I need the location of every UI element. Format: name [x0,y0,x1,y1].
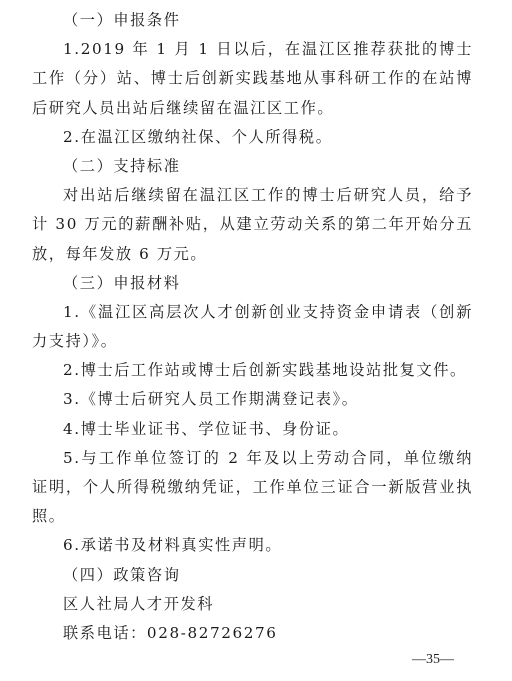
page-number: —35— [412,652,454,668]
document-page: （一）申报条件 1.2019 年 1 月 1 日以后，在温江区推荐获批的博士后科… [32,6,473,648]
paragraph-line: 照。 [32,502,473,531]
section-heading-1: （一）申报条件 [32,6,473,35]
section-heading-3: （三）申报材料 [32,269,473,298]
section-heading-2: （二）支持标准 [32,152,473,181]
paragraph-line: 放，每年发放 6 万元。 [32,240,473,269]
paragraph-line: 6.承诺书及材料真实性声明。 [32,531,473,560]
paragraph-line: 2.在温江区缴纳社保、个人所得税。 [32,123,473,152]
paragraph-line: 1.《温江区高层次人才创新创业支持资金申请表（创新能 [32,298,473,327]
contact-phone: 联系电话：028-82726276 [32,619,473,648]
paragraph-line: 力支持）》。 [32,327,473,356]
paragraph-line: 对出站后继续留在温江区工作的博士后研究人员，给予总 [32,181,473,210]
paragraph-line: 4.博士毕业证书、学位证书、身份证。 [32,415,473,444]
paragraph-line: 后研究人员出站后继续留在温江区工作。 [32,94,473,123]
section-heading-4: （四）政策咨询 [32,561,473,590]
paragraph-line: 1.2019 年 1 月 1 日以后，在温江区推荐获批的博士后科研 [32,35,473,64]
paragraph-line: 证明，个人所得税缴纳凭证，工作单位三证合一新版营业执 [32,473,473,502]
contact-department: 区人社局人才开发科 [32,590,473,619]
paragraph-line: 工作（分）站、博士后创新实践基地从事科研工作的在站博士 [32,64,473,93]
paragraph-line: 5.与工作单位签订的 2 年及以上劳动合同，单位缴纳社保 [32,444,473,473]
paragraph-line: 2.博士后工作站或博士后创新实践基地设站批复文件。 [32,356,473,385]
paragraph-line: 计 30 万元的薪酬补贴，从建立劳动关系的第二年开始分五年发 [32,210,473,239]
paragraph-line: 3.《博士后研究人员工作期满登记表》。 [32,385,473,414]
